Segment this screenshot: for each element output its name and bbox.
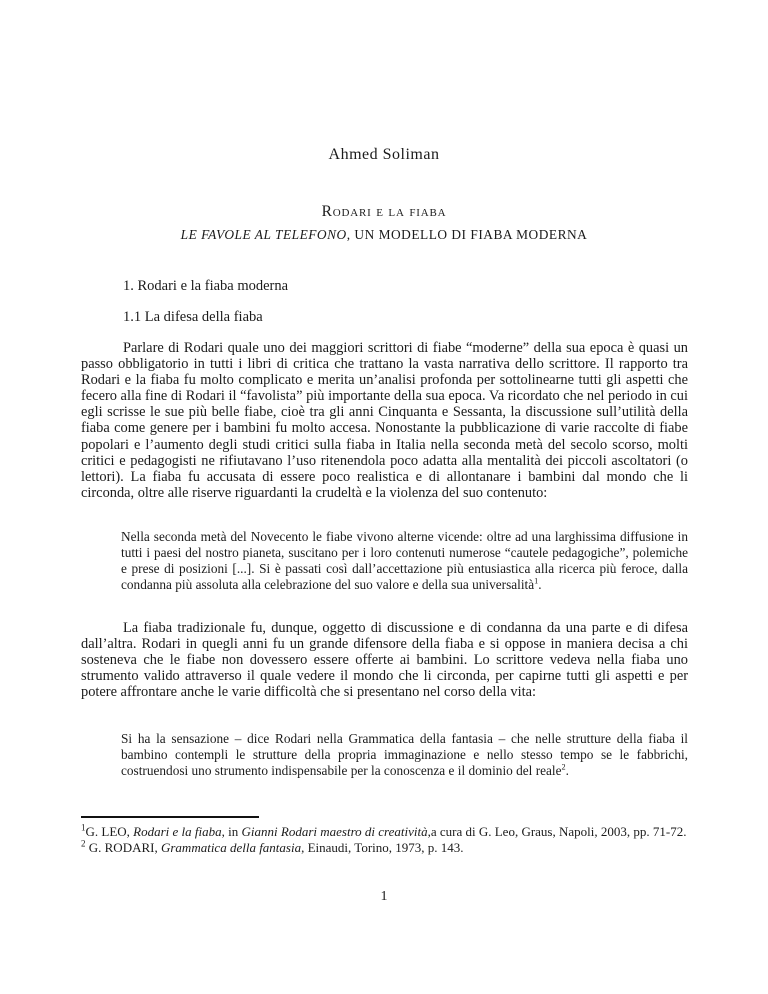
footnote-2-seg-plain: G. RODARI, — [86, 840, 161, 855]
quote-2-text: Si ha la sensazione – dice Rodari nella … — [121, 731, 688, 778]
subtitle-italic-part: Le favole al telefono — [181, 227, 347, 242]
footnotes-block: 1G. LEO, Rodari e la fiaba, in Gianni Ro… — [81, 824, 688, 856]
footnote-separator — [81, 816, 259, 818]
footnote-2-seg-plain: , Einaudi, Torino, 1973, p. 143. — [301, 840, 463, 855]
footnote-1-seg-plain: ,a cura di G. Leo, Graus, Napoli, 2003, … — [428, 824, 687, 839]
footnote-1-seg-italic: Gianni Rodari maestro di creatività — [242, 824, 428, 839]
footnote-2-seg-italic: Grammatica della fantasia — [161, 840, 301, 855]
quote-1-suffix: . — [538, 577, 541, 592]
footnote-1-seg-plain: G. LEO, — [86, 824, 134, 839]
page-number: 1 — [0, 889, 768, 905]
footnote-2: 2 G. RODARI, Grammatica della fantasia, … — [81, 840, 688, 856]
block-quote-1: Nella seconda metà del Novecento le fiab… — [121, 529, 688, 593]
block-quote-2: Si ha la sensazione – dice Rodari nella … — [121, 731, 688, 779]
footnote-1: 1G. LEO, Rodari e la fiaba, in Gianni Ro… — [81, 824, 688, 840]
article-title: Rodari e la fiaba — [0, 203, 768, 221]
author-name: Ahmed Soliman — [0, 146, 768, 164]
quote-2-suffix: . — [566, 763, 569, 778]
article-subtitle: Le favole al telefono, un modello di fia… — [0, 227, 768, 243]
section-heading-1-1: 1.1 La difesa della fiaba — [123, 309, 263, 326]
footnote-1-seg-italic: Rodari e la fiaba — [133, 824, 221, 839]
document-page: Ahmed Soliman Rodari e la fiaba Le favol… — [0, 0, 768, 994]
paragraph-2: La fiaba tradizionale fu, dunque, oggett… — [81, 620, 688, 700]
quote-1-text: Nella seconda metà del Novecento le fiab… — [121, 529, 688, 592]
paragraph-1: Parlare di Rodari quale uno dei maggiori… — [81, 340, 688, 501]
footnote-1-seg-plain: , in — [222, 824, 242, 839]
subtitle-plain-part: , un modello di fiaba moderna — [347, 227, 588, 242]
section-heading-1: 1. Rodari e la fiaba moderna — [123, 278, 288, 295]
